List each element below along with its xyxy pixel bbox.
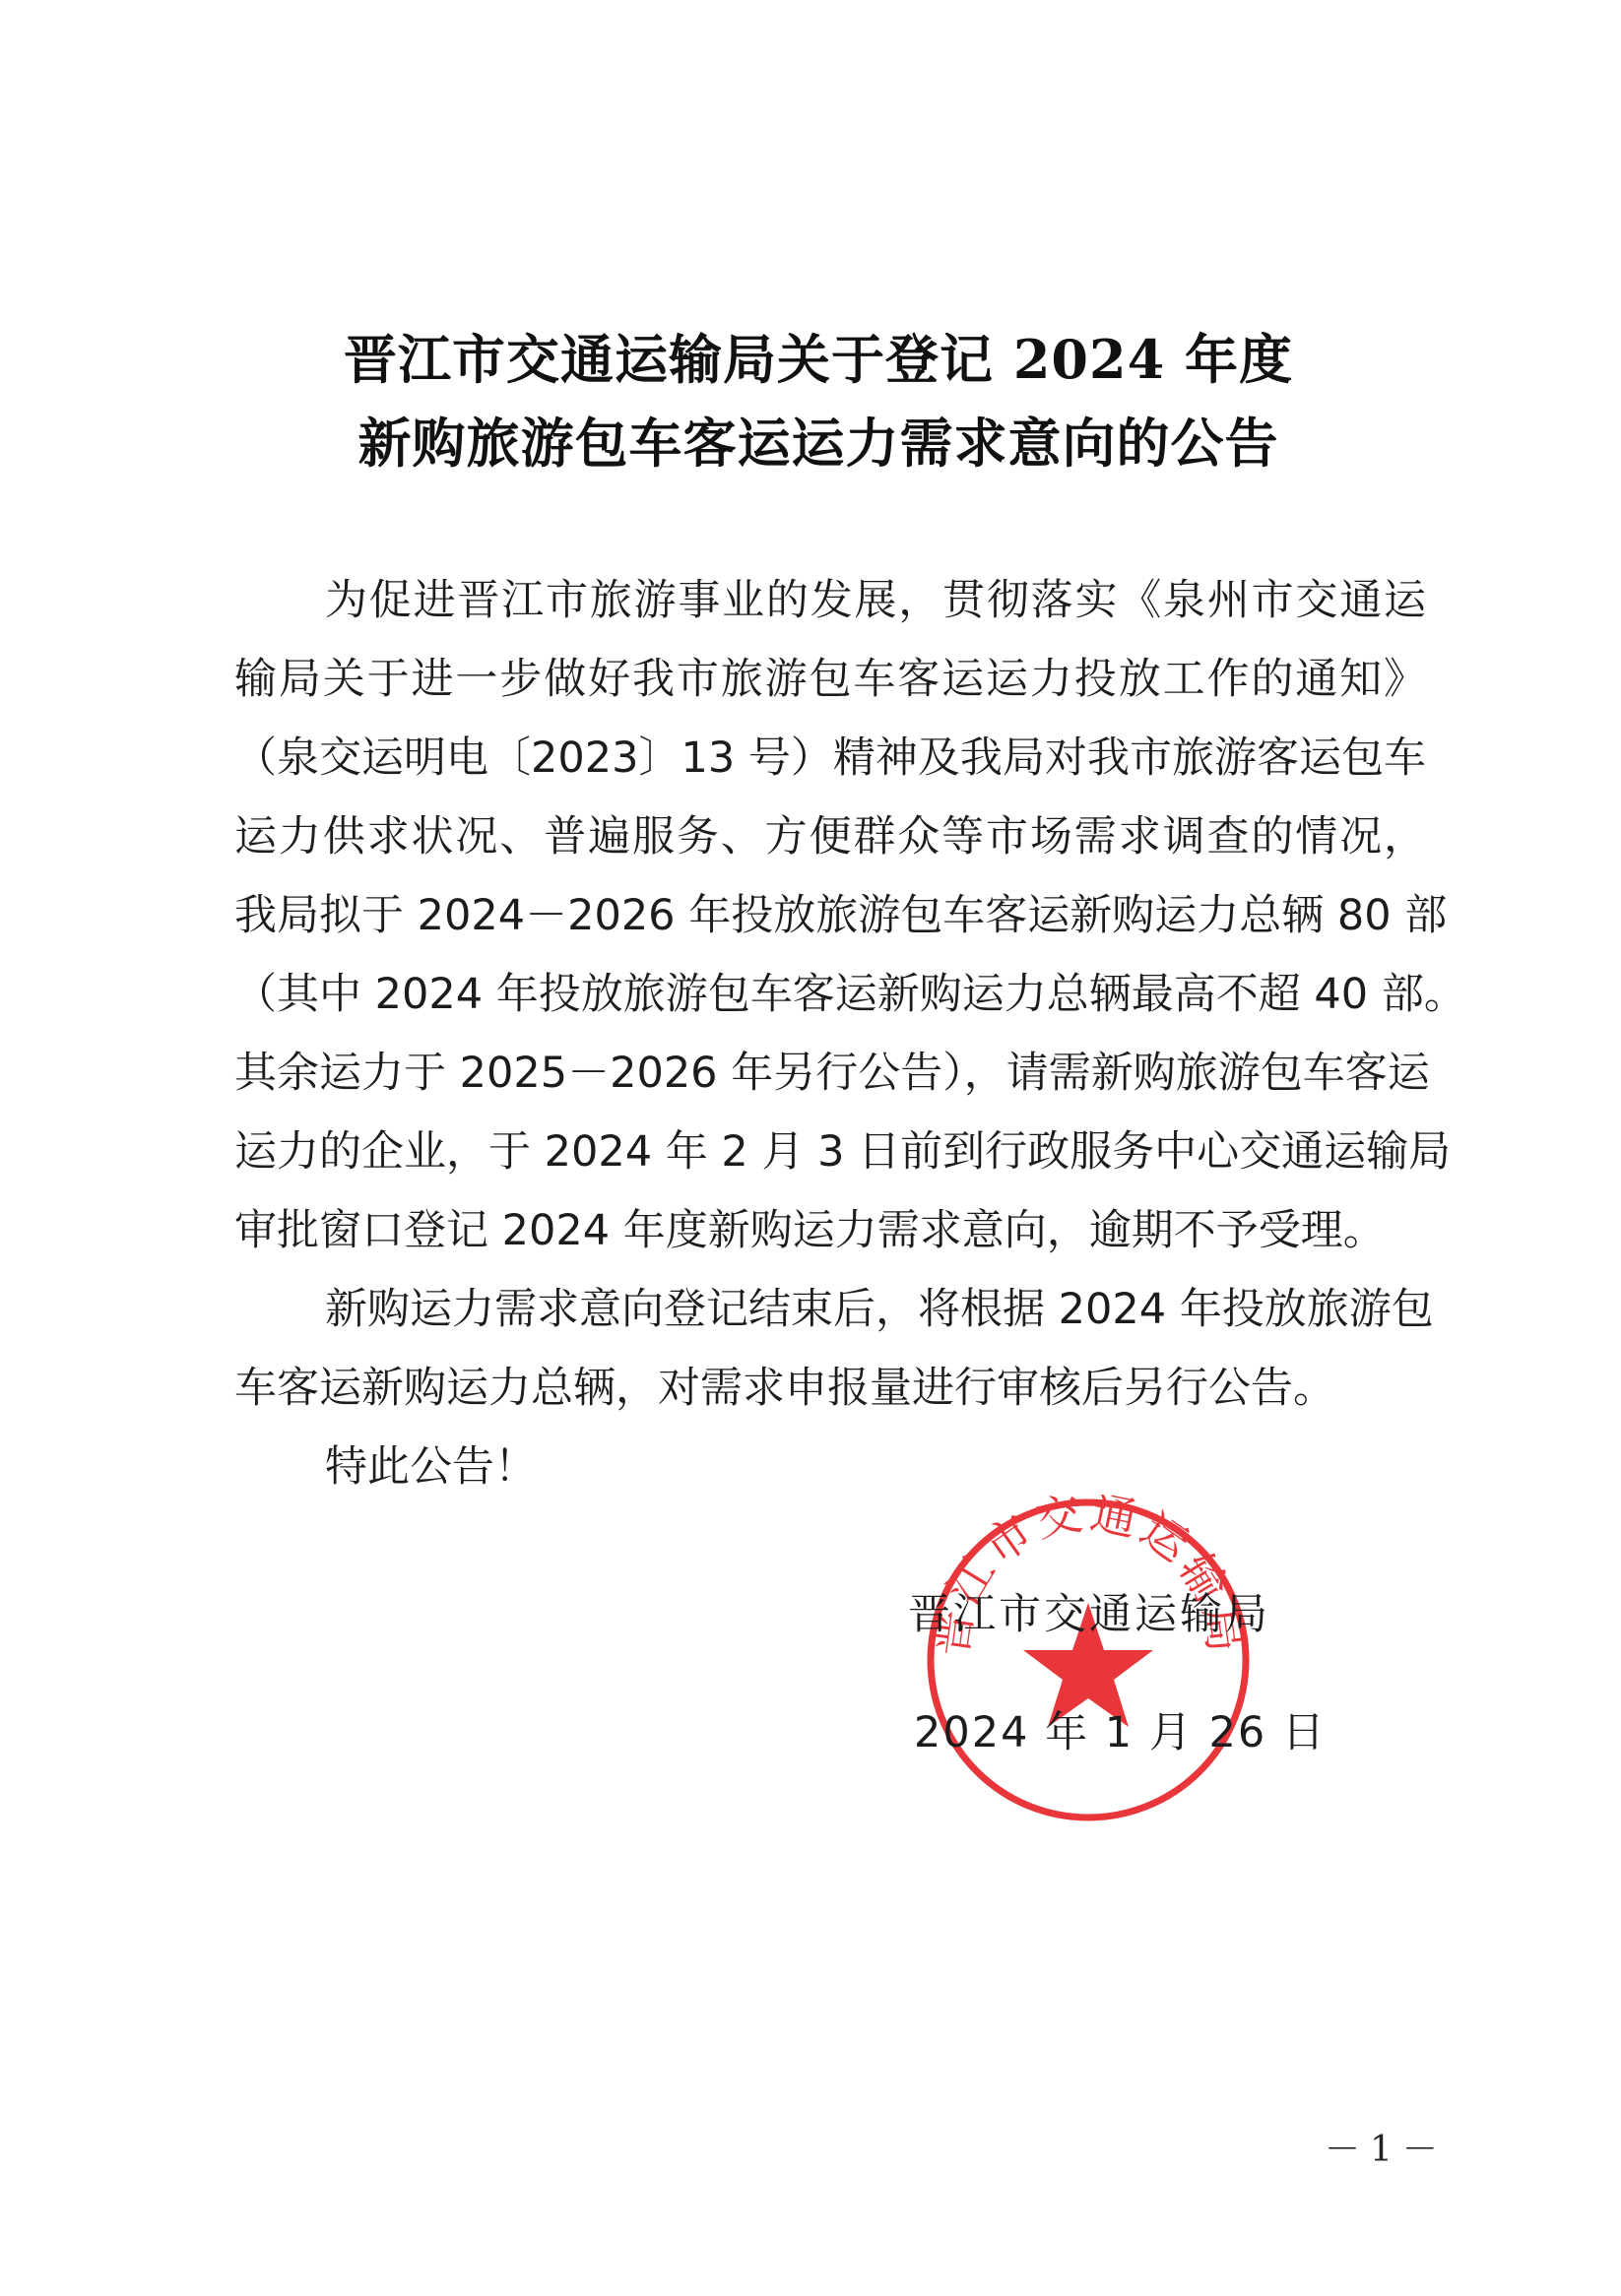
body-text-line: 审批窗口登记 2024 年度新购运力需求意向，逾期不予受理。 [234, 1203, 1426, 1258]
signature-organization: 晋江市交通运输局 [908, 1587, 1270, 1642]
body-text-line: 为促进晋江市旅游事业的发展，贯彻落实《泉州市交通运 [325, 573, 1426, 628]
document-page: 晋江市交通运输局关于登记 2024 年度 新购旅游包车客运运力需求意向的公告 为… [0, 0, 1621, 2296]
body-text-line: 运力供求状况、普遍服务、方便群众等市场需求调查的情况， [234, 809, 1426, 864]
document-title-line-1: 晋江市交通运输局关于登记 2024 年度 [8, 328, 1621, 391]
body-text-line: 运力的企业，于 2024 年 2 月 3 日前到行政服务中心交通运输局 [234, 1124, 1426, 1180]
page-number: －1－ [1325, 2129, 1448, 2172]
signature-date: 2024 年 1 月 26 日 [914, 1705, 1327, 1760]
body-text-line: 输局关于进一步做好我市旅游包车客运运力投放工作的通知》 [234, 652, 1426, 707]
closing-text: 特此公告！ [325, 1439, 1426, 1495]
body-text-line: 车客运新购运力总辆，对需求申报量进行审核后另行公告。 [234, 1361, 1426, 1416]
body-text-line: （其中 2024 年投放旅游包车客运新购运力总辆最高不超 40 部。 [234, 967, 1426, 1022]
body-text-line: 我局拟于 2024－2026 年投放旅游包车客运新购运力总辆 80 部 [234, 888, 1426, 943]
body-text-line: 其余运力于 2025－2026 年另行公告），请需新购旅游包车客运 [234, 1046, 1426, 1101]
official-seal-icon: 晋江市交通运输局 [923, 1495, 1254, 1825]
document-title-line-2: 新购旅游包车客运运力需求意向的公告 [8, 412, 1621, 475]
body-text-line: 新购运力需求意向登记结束后，将根据 2024 年投放旅游包 [325, 1282, 1426, 1337]
body-text-line: （泉交运明电〔2023〕13 号）精神及我局对我市旅游客运包车 [234, 731, 1426, 786]
